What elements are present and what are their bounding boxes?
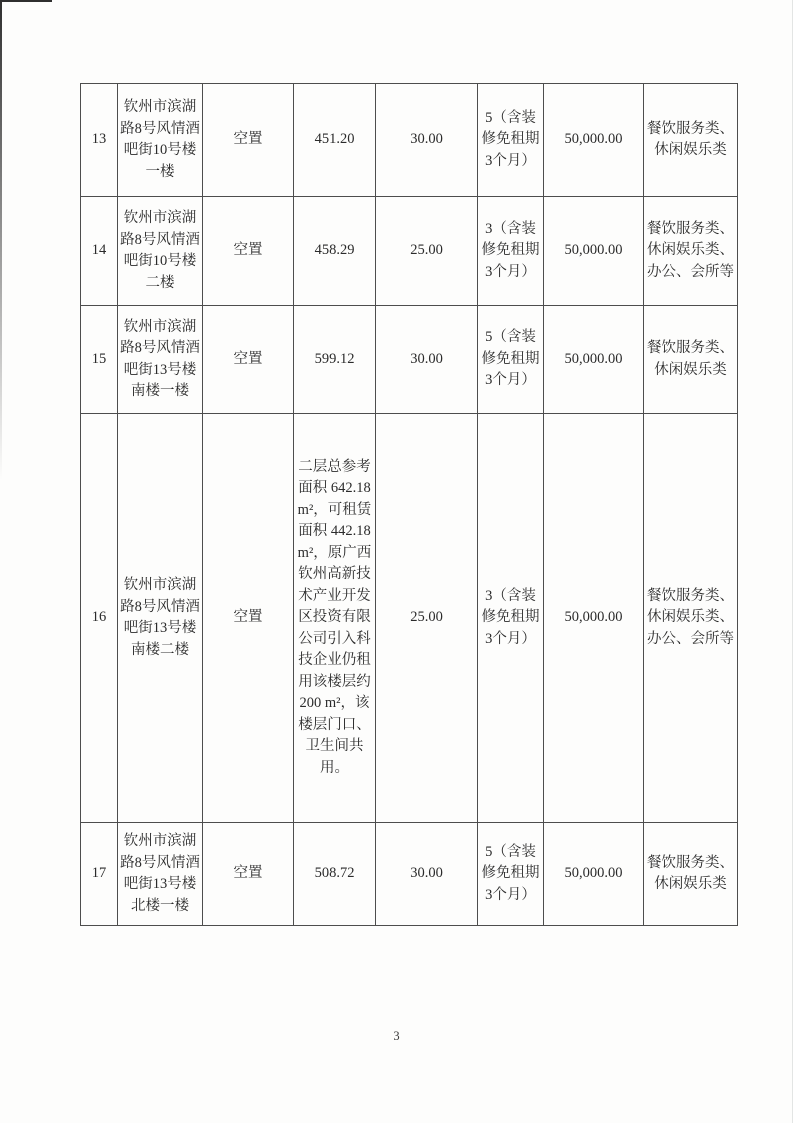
cell-no: 14 [81, 197, 118, 306]
cell-price: 25.00 [376, 197, 478, 306]
cell-deposit: 50,000.00 [544, 197, 644, 306]
table-row: 13 钦州市滨湖路8号风情酒吧街10号楼一楼 空置 451.20 30.00 5… [81, 84, 738, 197]
cell-price: 30.00 [376, 306, 478, 414]
table-row: 15 钦州市滨湖路8号风情酒吧街13号楼南楼一楼 空置 599.12 30.00… [81, 306, 738, 414]
cell-deposit: 50,000.00 [544, 414, 644, 823]
cell-status: 空置 [203, 84, 294, 197]
cell-term: 5（含装修免租期3个月） [478, 306, 544, 414]
table-row: 14 钦州市滨湖路8号风情酒吧街10号楼二楼 空置 458.29 25.00 3… [81, 197, 738, 306]
cell-area: 458.29 [294, 197, 376, 306]
cell-area: 二层总参考面积 642.18 m²，可租赁面积 442.18 m²，原广西钦州高… [294, 414, 376, 823]
cell-no: 15 [81, 306, 118, 414]
cell-status: 空置 [203, 306, 294, 414]
cell-category: 餐饮服务类、休闲娱乐类、办公、会所等 [644, 414, 738, 823]
cell-deposit: 50,000.00 [544, 84, 644, 197]
scan-edge-artifact-top [0, 0, 52, 2]
cell-deposit: 50,000.00 [544, 306, 644, 414]
cell-address: 钦州市滨湖路8号风情酒吧街13号楼南楼一楼 [118, 306, 203, 414]
cell-category: 餐饮服务类、休闲娱乐类 [644, 823, 738, 926]
cell-price: 30.00 [376, 84, 478, 197]
cell-category: 餐饮服务类、休闲娱乐类 [644, 84, 738, 197]
document-page: { "page": { "number": "3" }, "table": { … [0, 0, 793, 1123]
cell-term: 5（含装修免租期3个月） [478, 823, 544, 926]
page-number: 3 [0, 1029, 793, 1044]
lease-table: 13 钦州市滨湖路8号风情酒吧街10号楼一楼 空置 451.20 30.00 5… [80, 83, 738, 926]
cell-area: 451.20 [294, 84, 376, 197]
cell-area: 508.72 [294, 823, 376, 926]
cell-status: 空置 [203, 823, 294, 926]
cell-term: 5（含装修免租期3个月） [478, 84, 544, 197]
cell-no: 17 [81, 823, 118, 926]
cell-no: 16 [81, 414, 118, 823]
cell-address: 钦州市滨湖路8号风情酒吧街13号楼南楼二楼 [118, 414, 203, 823]
cell-term: 3（含装修免租期3个月） [478, 197, 544, 306]
cell-price: 30.00 [376, 823, 478, 926]
table-row: 17 钦州市滨湖路8号风情酒吧街13号楼北楼一楼 空置 508.72 30.00… [81, 823, 738, 926]
cell-status: 空置 [203, 197, 294, 306]
cell-address: 钦州市滨湖路8号风情酒吧街10号楼二楼 [118, 197, 203, 306]
cell-address: 钦州市滨湖路8号风情酒吧街13号楼北楼一楼 [118, 823, 203, 926]
cell-price: 25.00 [376, 414, 478, 823]
cell-category: 餐饮服务类、休闲娱乐类、办公、会所等 [644, 197, 738, 306]
cell-term: 3（含装修免租期3个月） [478, 414, 544, 823]
cell-no: 13 [81, 84, 118, 197]
cell-deposit: 50,000.00 [544, 823, 644, 926]
cell-address: 钦州市滨湖路8号风情酒吧街10号楼一楼 [118, 84, 203, 197]
table-row: 16 钦州市滨湖路8号风情酒吧街13号楼南楼二楼 空置 二层总参考面积 642.… [81, 414, 738, 823]
cell-status: 空置 [203, 414, 294, 823]
cell-category: 餐饮服务类、休闲娱乐类 [644, 306, 738, 414]
scan-edge-artifact-left [0, 0, 2, 480]
cell-area: 599.12 [294, 306, 376, 414]
